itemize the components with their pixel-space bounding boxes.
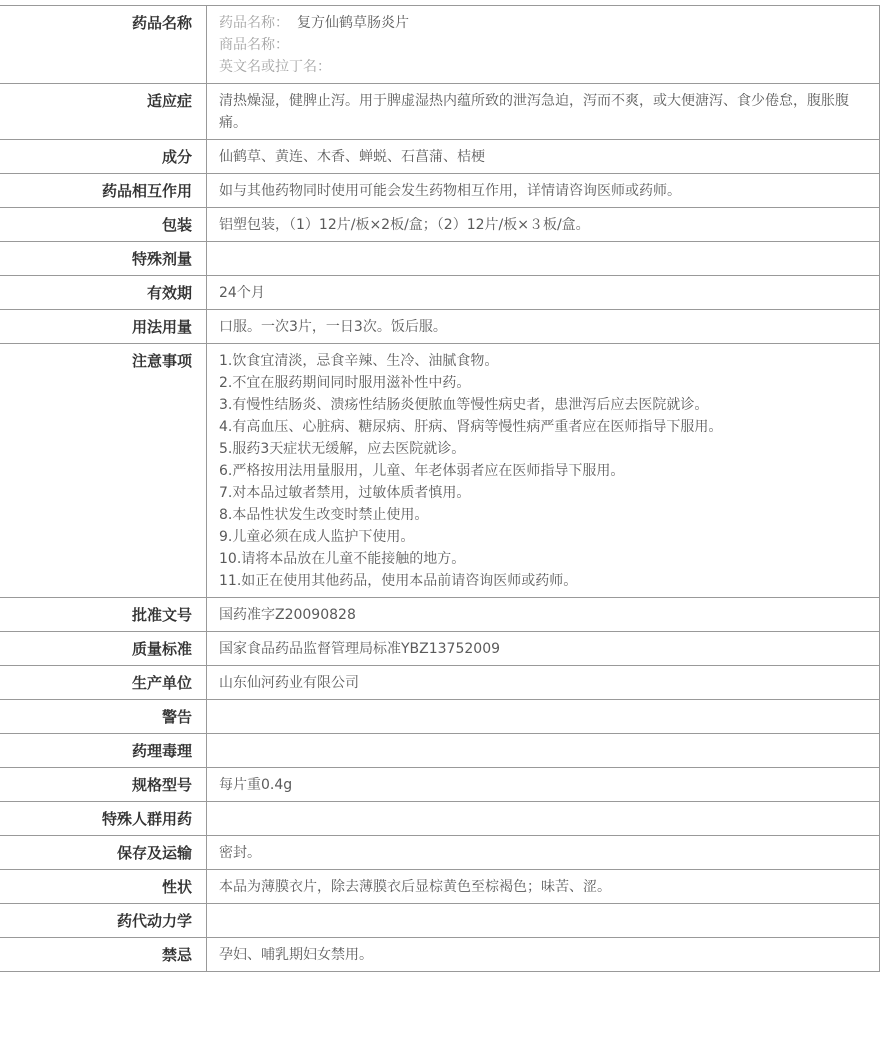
row-label-shelf-life: 有效期 [0, 276, 207, 310]
row-label-pharmacology-toxicology: 药理毒理 [0, 734, 207, 768]
row-label-dosage-usage: 用法用量 [0, 310, 207, 344]
table-row-dosage-usage: 用法用量 口服。一次3片，一日3次。饭后服。 [0, 310, 880, 344]
drug-name-generic-line: 药品名称：复方仙鹤草肠炎片 [219, 12, 865, 34]
row-label-description: 性状 [0, 870, 207, 904]
table-row-quality-standard: 质量标准 国家食品药品监督管理局标准YBZ13752009 [0, 632, 880, 666]
row-label-storage-transport: 保存及运输 [0, 836, 207, 870]
table-row-ingredients: 成分 仙鹤草、黄连、木香、蝉蜕、石菖蒲、桔梗 [0, 140, 880, 174]
drug-name-value: 复方仙鹤草肠炎片 [297, 15, 409, 31]
cell-pharmacology-toxicology [207, 734, 880, 768]
cell-shelf-life: 24个月 [207, 276, 880, 310]
row-label-contraindications: 禁忌 [0, 938, 207, 972]
precaution-item: 9.儿童必须在成人监护下使用。 [219, 526, 865, 548]
table-row-specification: 规格型号 每片重0.4g [0, 768, 880, 802]
precaution-item: 7.对本品过敏者禁用，过敏体质者慎用。 [219, 482, 865, 504]
row-label-precautions: 注意事项 [0, 344, 207, 598]
cell-precautions: 1.饮食宜清淡，忌食辛辣、生冷、油腻食物。 2.不宜在服药期间同时服用滋补性中药… [207, 344, 880, 598]
row-label-manufacturer: 生产单位 [0, 666, 207, 700]
table-row-shelf-life: 有效期 24个月 [0, 276, 880, 310]
table-row-pharmacokinetics: 药代动力学 [0, 904, 880, 938]
precaution-item: 4.有高血压、心脏病、糖尿病、肝病、肾病等慢性病严重者应在医师指导下服用。 [219, 416, 865, 438]
english-name-key: 英文名或拉丁名： [219, 59, 331, 75]
row-label-special-populations: 特殊人群用药 [0, 802, 207, 836]
trade-name-line: 商品名称： [219, 34, 865, 56]
cell-manufacturer: 山东仙河药业有限公司 [207, 666, 880, 700]
table-row-pharmacology-toxicology: 药理毒理 [0, 734, 880, 768]
table-row-precautions: 注意事项 1.饮食宜清淡，忌食辛辣、生冷、油腻食物。 2.不宜在服药期间同时服用… [0, 344, 880, 598]
precaution-item: 1.饮食宜清淡，忌食辛辣、生冷、油腻食物。 [219, 350, 865, 372]
cell-storage-transport: 密封。 [207, 836, 880, 870]
row-label-quality-standard: 质量标准 [0, 632, 207, 666]
table-row-special-dosage: 特殊剂量 [0, 242, 880, 276]
cell-quality-standard: 国家食品药品监督管理局标准YBZ13752009 [207, 632, 880, 666]
precaution-item: 6.严格按用法用量服用，儿童、年老体弱者应在医师指导下服用。 [219, 460, 865, 482]
cell-drug-interactions: 如与其他药物同时使用可能会发生药物相互作用，详情请咨询医师或药师。 [207, 174, 880, 208]
row-label-indications: 适应症 [0, 84, 207, 140]
table-row-packaging: 包装 铝塑包装，（1）12片/板×2板/盒；（2）12片/板×３板/盒。 [0, 208, 880, 242]
cell-specification: 每片重0.4g [207, 768, 880, 802]
table-row-special-populations: 特殊人群用药 [0, 802, 880, 836]
trade-name-key: 商品名称： [219, 37, 289, 53]
precaution-item: 3.有慢性结肠炎、溃疡性结肠炎便脓血等慢性病史者，患泄泻后应去医院就诊。 [219, 394, 865, 416]
cell-pharmacokinetics [207, 904, 880, 938]
row-label-ingredients: 成分 [0, 140, 207, 174]
english-name-line: 英文名或拉丁名： [219, 56, 865, 78]
table-row-warning: 警告 [0, 700, 880, 734]
cell-description: 本品为薄膜衣片，除去薄膜衣后显棕黄色至棕褐色；味苦、涩。 [207, 870, 880, 904]
row-label-drug-name: 药品名称 [0, 6, 207, 84]
precaution-item: 8.本品性状发生改变时禁止使用。 [219, 504, 865, 526]
table-row-contraindications: 禁忌 孕妇、哺乳期妇女禁用。 [0, 938, 880, 972]
table-row-drug-interactions: 药品相互作用 如与其他药物同时使用可能会发生药物相互作用，详情请咨询医师或药师。 [0, 174, 880, 208]
table-row-drug-name: 药品名称 药品名称：复方仙鹤草肠炎片 商品名称： 英文名或拉丁名： [0, 6, 880, 84]
precaution-item: 11.如正在使用其他药品，使用本品前请咨询医师或药师。 [219, 570, 865, 592]
precaution-item: 5.服药3天症状无缓解，应去医院就诊。 [219, 438, 865, 460]
cell-dosage-usage: 口服。一次3片，一日3次。饭后服。 [207, 310, 880, 344]
row-label-approval-number: 批准文号 [0, 598, 207, 632]
row-label-packaging: 包装 [0, 208, 207, 242]
drug-info-table: 药品名称 药品名称：复方仙鹤草肠炎片 商品名称： 英文名或拉丁名： 适应症 清热… [0, 5, 880, 972]
row-label-special-dosage: 特殊剂量 [0, 242, 207, 276]
table-row-indications: 适应症 清热燥湿，健脾止泻。用于脾虚湿热内蕴所致的泄泻急迫，泻而不爽，或大便溏泻… [0, 84, 880, 140]
table-row-description: 性状 本品为薄膜衣片，除去薄膜衣后显棕黄色至棕褐色；味苦、涩。 [0, 870, 880, 904]
precaution-item: 10.请将本品放在儿童不能接触的地方。 [219, 548, 865, 570]
cell-drug-name: 药品名称：复方仙鹤草肠炎片 商品名称： 英文名或拉丁名： [207, 6, 880, 84]
drug-name-key: 药品名称： [219, 15, 289, 31]
cell-ingredients: 仙鹤草、黄连、木香、蝉蜕、石菖蒲、桔梗 [207, 140, 880, 174]
cell-special-dosage [207, 242, 880, 276]
table-row-storage-transport: 保存及运输 密封。 [0, 836, 880, 870]
row-label-drug-interactions: 药品相互作用 [0, 174, 207, 208]
table-row-approval-number: 批准文号 国药准字Z20090828 [0, 598, 880, 632]
cell-special-populations [207, 802, 880, 836]
cell-indications: 清热燥湿，健脾止泻。用于脾虚湿热内蕴所致的泄泻急迫，泻而不爽，或大便溏泻、食少倦… [207, 84, 880, 140]
cell-packaging: 铝塑包装，（1）12片/板×2板/盒；（2）12片/板×３板/盒。 [207, 208, 880, 242]
table-row-manufacturer: 生产单位 山东仙河药业有限公司 [0, 666, 880, 700]
precaution-item: 2.不宜在服药期间同时服用滋补性中药。 [219, 372, 865, 394]
row-label-warning: 警告 [0, 700, 207, 734]
cell-approval-number: 国药准字Z20090828 [207, 598, 880, 632]
cell-warning [207, 700, 880, 734]
cell-contraindications: 孕妇、哺乳期妇女禁用。 [207, 938, 880, 972]
row-label-specification: 规格型号 [0, 768, 207, 802]
row-label-pharmacokinetics: 药代动力学 [0, 904, 207, 938]
